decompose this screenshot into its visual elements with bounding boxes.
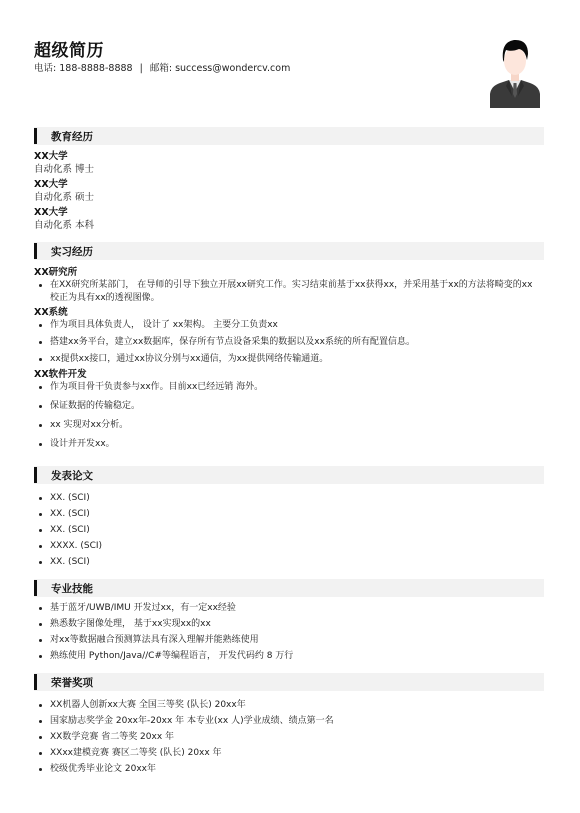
org-name: XX系统 xyxy=(34,306,544,319)
list-item: XX机器人创新xx大赛 全国三等奖 (队长) 20xx年 xyxy=(38,699,544,712)
list-item: 设计并开发xx。 xyxy=(38,438,544,451)
list-item: xx提供xx接口，通过xx协议分别与xx通信，为xx提供网络传输通道。 xyxy=(38,353,544,366)
section-title: 教育经历 xyxy=(51,129,93,144)
section-header: 教育经历 xyxy=(34,127,544,145)
list-item: XXxx建模竞赛 赛区二等奖 (队长) 20xx 年 xyxy=(38,747,544,760)
section-title: 实习经历 xyxy=(51,244,93,259)
degree-detail: 自动化系 博士 xyxy=(34,163,544,176)
school-name: XX大学 xyxy=(34,150,544,163)
section-education: 教育经历 XX大学 自动化系 博士 XX大学 自动化系 硕士 XX大学 自动化系… xyxy=(34,127,544,234)
section-accent-bar xyxy=(34,128,37,144)
section-internship: 实习经历 XX研究所 在XX研究所某部门， 在导师的引导下独立开展xx研究工作。… xyxy=(34,242,544,451)
contact-separator: | xyxy=(140,63,143,74)
section-accent-bar xyxy=(34,467,37,483)
email-value[interactable]: success@wondercv.com xyxy=(175,63,290,74)
list-item: XXXX. (SCI) xyxy=(38,540,544,553)
list-item: XX. (SCI) xyxy=(38,556,544,569)
list-item: 作为项目骨干负责参与xx作。目前xx已经远销 海外。 xyxy=(38,381,544,394)
list-item: xx 实现对xx分析。 xyxy=(38,419,544,432)
section-accent-bar xyxy=(34,580,37,596)
contact-line: 电话: 188-8888-8888 | 邮箱: success@wondercv… xyxy=(34,60,290,74)
list-item: 熟练使用 Python/Java//C#等编程语言， 开发代码约 8 万行 xyxy=(38,650,544,663)
section-title: 发表论文 xyxy=(51,468,93,483)
list-item: 保证数据的传输稳定。 xyxy=(38,400,544,413)
list-item: 搭建xx务平台，建立xx数据库，保存所有节点设备采集的数据以及xx系统的所有配置… xyxy=(38,336,544,349)
list-item: 在XX研究所某部门， 在导师的引导下独立开展xx研究工作。实习结束前基于xx获得… xyxy=(38,279,544,305)
list-item: XX. (SCI) xyxy=(38,492,544,505)
section-title: 专业技能 xyxy=(51,581,93,596)
section-skills: 专业技能 基于蓝牙/UWB/IMU 开发过xx，有一定xx经验 熟悉数字图像处理… xyxy=(34,579,544,663)
list-item: XX. (SCI) xyxy=(38,508,544,521)
list-item: 熟悉数字图像处理， 基于xx实现xx的xx xyxy=(38,618,544,631)
section-header: 发表论文 xyxy=(34,466,544,484)
person-avatar-icon xyxy=(488,36,542,108)
org-name: XX研究所 xyxy=(34,266,544,279)
section-papers: 发表论文 XX. (SCI) XX. (SCI) XX. (SCI) XXXX.… xyxy=(34,466,544,569)
org-name: XX软件开发 xyxy=(34,368,544,381)
section-header: 荣誉奖项 xyxy=(34,673,544,691)
resume-name: 超级简历 xyxy=(34,36,544,61)
degree-detail: 自动化系 硕士 xyxy=(34,191,544,204)
list-item: 国家励志奖学金 20xx年-20xx 年 本专业(xx 人)学业成绩、绩点第一名 xyxy=(38,715,544,728)
degree-detail: 自动化系 本科 xyxy=(34,219,544,232)
list-item: 作为项目具体负责人， 设计了 xx架构。 主要分工负责xx xyxy=(38,319,544,332)
list-item: XX数学竞赛 省二等奖 20xx 年 xyxy=(38,731,544,744)
school-name: XX大学 xyxy=(34,206,544,219)
section-header: 专业技能 xyxy=(34,579,544,597)
school-name: XX大学 xyxy=(34,178,544,191)
section-title: 荣誉奖项 xyxy=(51,675,93,690)
list-item: 校级优秀毕业论文 20xx年 xyxy=(38,763,544,776)
list-item: 基于蓝牙/UWB/IMU 开发过xx，有一定xx经验 xyxy=(38,602,544,615)
list-item: 对xx等数据融合预测算法具有深入理解并能熟练使用 xyxy=(38,634,544,647)
section-awards: 荣誉奖项 XX机器人创新xx大赛 全国三等奖 (队长) 20xx年 国家励志奖学… xyxy=(34,673,544,776)
list-item: XX. (SCI) xyxy=(38,524,544,537)
resume-header: 超级简历 电话: 188-8888-8888 | 邮箱: success@won… xyxy=(34,36,544,116)
email-label: 邮箱: xyxy=(150,63,172,74)
phone-label: 电话: xyxy=(34,63,56,74)
section-header: 实习经历 xyxy=(34,242,544,260)
section-accent-bar xyxy=(34,674,37,690)
section-accent-bar xyxy=(34,243,37,259)
phone-value: 188-8888-8888 xyxy=(59,63,132,74)
